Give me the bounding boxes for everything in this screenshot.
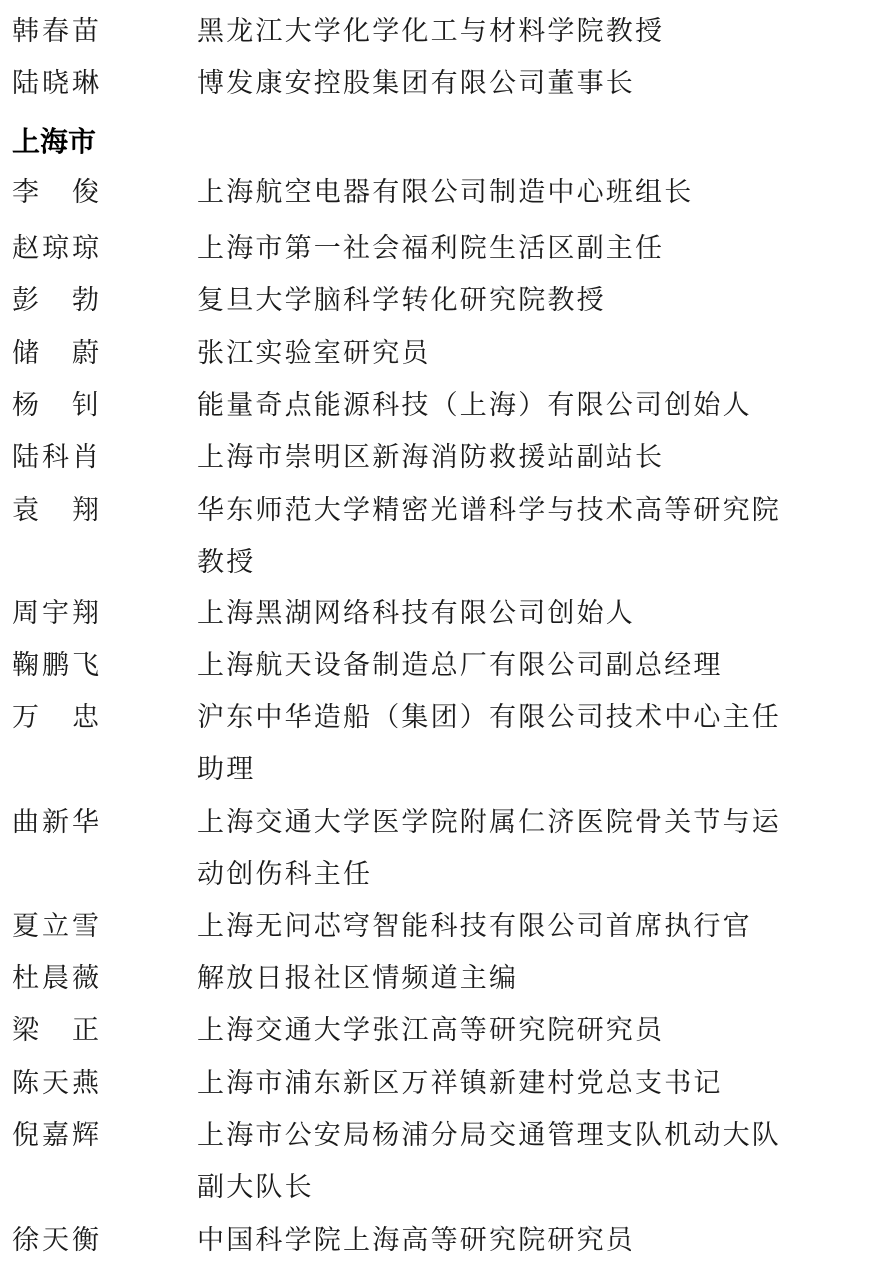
person-name: 梁 正 xyxy=(12,1011,102,1051)
list-item: 鞠鹏飞 上海航天设备制造总厂有限公司副总经理 xyxy=(0,646,874,686)
list-item: 梁 正 上海交通大学张江高等研究院研究员 xyxy=(0,1011,874,1051)
person-name: 陆科肖 xyxy=(12,438,102,478)
person-title-continued: 动创伤科主任 xyxy=(197,855,372,895)
section-heading: 上海市 xyxy=(12,122,96,162)
list-item: 杨 钊 能量奇点能源科技（上海）有限公司创始人 xyxy=(0,386,874,426)
person-title: 能量奇点能源科技（上海）有限公司创始人 xyxy=(197,386,752,426)
person-name: 夏立雪 xyxy=(12,907,102,947)
person-title: 中国科学院上海高等研究院研究员 xyxy=(197,1221,635,1261)
person-title: 复旦大学脑科学转化研究院教授 xyxy=(197,281,606,321)
person-name: 储 蔚 xyxy=(12,334,102,374)
person-title: 张江实验室研究员 xyxy=(197,334,431,374)
person-title: 上海无问芯穹智能科技有限公司首席执行官 xyxy=(197,907,752,947)
list-item-continuation: 助理 xyxy=(0,750,874,790)
person-title: 华东师范大学精密光谱科学与技术高等研究院 xyxy=(197,491,781,531)
person-name: 曲新华 xyxy=(12,803,102,843)
person-name: 杜晨薇 xyxy=(12,959,102,999)
person-name: 陈天燕 xyxy=(12,1064,102,1104)
list-item: 曲新华 上海交通大学医学院附属仁济医院骨关节与运 xyxy=(0,803,874,843)
person-name: 万 忠 xyxy=(12,698,102,738)
person-title: 上海交通大学张江高等研究院研究员 xyxy=(197,1011,664,1051)
person-name: 韩春苗 xyxy=(12,12,102,52)
list-item: 陈天燕 上海市浦东新区万祥镇新建村党总支书记 xyxy=(0,1064,874,1104)
person-title: 沪东中华造船（集团）有限公司技术中心主任 xyxy=(197,698,781,738)
person-title-continued: 副大队长 xyxy=(197,1168,314,1208)
list-item: 杜晨薇 解放日报社区情频道主编 xyxy=(0,959,874,999)
person-title: 上海黑湖网络科技有限公司创始人 xyxy=(197,594,635,634)
list-item: 陆晓琳 博发康安控股集团有限公司董事长 xyxy=(0,64,874,104)
person-name: 杨 钊 xyxy=(12,386,102,426)
person-name: 赵琼琼 xyxy=(12,229,102,269)
person-title: 上海交通大学医学院附属仁济医院骨关节与运 xyxy=(197,803,781,843)
person-name: 徐天衡 xyxy=(12,1221,102,1261)
person-title: 黑龙江大学化学化工与材料学院教授 xyxy=(197,12,664,52)
list-item: 徐天衡 中国科学院上海高等研究院研究员 xyxy=(0,1221,874,1261)
list-item: 李 俊 上海航空电器有限公司制造中心班组长 xyxy=(0,173,874,213)
person-title: 博发康安控股集团有限公司董事长 xyxy=(197,64,635,104)
person-title: 上海航空电器有限公司制造中心班组长 xyxy=(197,173,693,213)
person-name: 陆晓琳 xyxy=(12,64,102,104)
person-name: 鞠鹏飞 xyxy=(12,646,102,686)
person-title: 上海市崇明区新海消防救援站副站长 xyxy=(197,438,664,478)
list-item: 储 蔚 张江实验室研究员 xyxy=(0,334,874,374)
list-item: 赵琼琼 上海市第一社会福利院生活区副主任 xyxy=(0,229,874,269)
person-title-continued: 教授 xyxy=(197,543,255,583)
list-item: 万 忠 沪东中华造船（集团）有限公司技术中心主任 xyxy=(0,698,874,738)
list-item-continuation: 教授 xyxy=(0,543,874,583)
list-item: 周宇翔 上海黑湖网络科技有限公司创始人 xyxy=(0,594,874,634)
person-name: 彭 勃 xyxy=(12,281,102,321)
person-title: 解放日报社区情频道主编 xyxy=(197,959,518,999)
person-name: 李 俊 xyxy=(12,173,102,213)
person-title: 上海市第一社会福利院生活区副主任 xyxy=(197,229,664,269)
list-item: 夏立雪 上海无问芯穹智能科技有限公司首席执行官 xyxy=(0,907,874,947)
person-title-continued: 助理 xyxy=(197,750,255,790)
list-item-continuation: 动创伤科主任 xyxy=(0,855,874,895)
list-item-continuation: 副大队长 xyxy=(0,1168,874,1208)
list-item: 倪嘉辉 上海市公安局杨浦分局交通管理支队机动大队 xyxy=(0,1116,874,1156)
list-item: 彭 勃 复旦大学脑科学转化研究院教授 xyxy=(0,281,874,321)
person-title: 上海市公安局杨浦分局交通管理支队机动大队 xyxy=(197,1116,781,1156)
person-name: 袁 翔 xyxy=(12,491,102,531)
person-name: 倪嘉辉 xyxy=(12,1116,102,1156)
list-item: 韩春苗 黑龙江大学化学化工与材料学院教授 xyxy=(0,12,874,52)
person-title: 上海航天设备制造总厂有限公司副总经理 xyxy=(197,646,723,686)
list-item: 袁 翔 华东师范大学精密光谱科学与技术高等研究院 xyxy=(0,491,874,531)
list-item: 陆科肖 上海市崇明区新海消防救援站副站长 xyxy=(0,438,874,478)
person-name: 周宇翔 xyxy=(12,594,102,634)
person-title: 上海市浦东新区万祥镇新建村党总支书记 xyxy=(197,1064,723,1104)
